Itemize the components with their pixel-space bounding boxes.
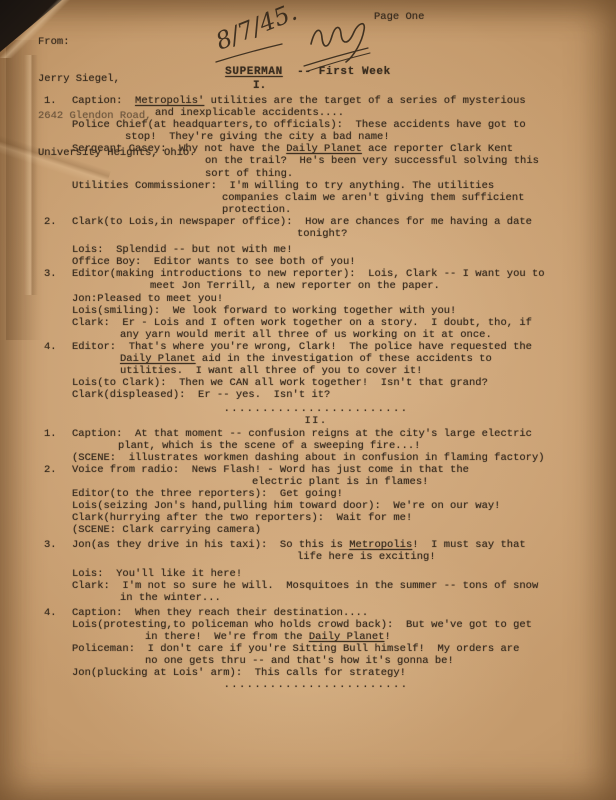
script-line: Daily Planet aid in the investigation of… [38,353,594,365]
script-line-text: Lois(to Clark): Then we CAN all work tog… [72,377,488,389]
script-line: no one gets thru -- and that's how it's … [38,655,594,667]
script-line-text: tonight? [297,228,347,240]
script-line: 1.Caption: Metropolis' utilities are the… [38,95,594,107]
script-line-text: Policeman: I don't care if you're Sittin… [72,643,519,655]
item-number: 2. [44,464,57,476]
script-line-text: (SCENE: Clark carrying camera) [72,524,261,536]
script-line: sort of thing. [38,168,594,180]
script-line-text: Lois(seizing Jon's hand,pulling him towa… [72,500,500,512]
script-line: Editor(to the three reporters): Get goin… [38,488,594,500]
script-line: Policeman: I don't care if you're Sittin… [38,643,594,655]
script-line-text: life here is exciting! [297,551,436,563]
script-line-text: Daily Planet aid in the investigation of… [120,353,492,365]
script-line-text: Editor(to the three reporters): Get goin… [72,488,343,500]
script-line-text: Lois(smiling): We look forward to workin… [72,305,456,317]
script-line-text: stop! They're giving the city a bad name… [125,131,390,143]
script-line-text: Voice from radio: News Flash! - Word has… [72,464,469,476]
script-line: Clark: Er - Lois and I often work togeth… [38,317,594,329]
script-line: II. [38,415,594,427]
script-line: protection. [38,204,594,216]
script-line: (SCENE: illustrates workmen dashing abou… [38,452,594,464]
script-line-text: utilities. I want all three of you to co… [120,365,422,377]
script-line: and inexplicable accidents.... [38,107,594,119]
script-line-text: Office Boy: Editor wants to see both of … [72,256,356,268]
script-line-text: companies claim we aren't giving them su… [222,192,524,204]
script-line: (SCENE: Clark carrying camera) [38,524,594,536]
script-line: ........................ [38,403,594,415]
script-line-text: Editor(making introductions to new repor… [72,268,545,280]
script-line: Lois(to Clark): Then we CAN all work tog… [38,377,594,389]
script-line: Office Boy: Editor wants to see both of … [38,256,594,268]
script-line-text: Utilities Commissioner: I'm willing to t… [72,180,494,192]
script-line: on the trail? He's been very successful … [38,155,594,167]
script-body: 1.Caption: Metropolis' utilities are the… [38,95,594,692]
paper-crease [24,55,38,295]
script-line: in the winter... [38,592,594,604]
script-line-text: II. [304,415,327,427]
script-line: Lois: Splendid -- but not with me! [38,244,594,256]
script-line-text: Editor: That's where you're wrong, Clark… [72,341,532,353]
script-line-text: plant, which is the scene of a sweeping … [118,440,420,452]
script-line: life here is exciting! [38,551,594,563]
script-line: plant, which is the scene of a sweeping … [38,440,594,452]
script-line-text: on the trail? He's been very successful … [205,155,539,167]
item-number: 4. [44,607,57,619]
script-line: Lois(protesting,to policeman who holds c… [38,619,594,631]
script-line: 4.Editor: That's where you're wrong, Cla… [38,341,594,353]
script-line-text: ........................ [224,679,409,691]
script-line: Lois: You'll like it here! [38,568,594,580]
script-line-text: Lois: You'll like it here! [72,568,242,580]
script-line-text: Clark(displeased): Er -- yes. Isn't it? [72,389,330,401]
script-line-text: Caption: Metropolis' utilities are the t… [72,95,526,107]
script-line: 3.Editor(making introductions to new rep… [38,268,594,280]
script-line: Lois(seizing Jon's hand,pulling him towa… [38,500,594,512]
script-line: utilities. I want all three of you to co… [38,365,594,377]
script-line: Clark: I'm not so sure he will. Mosquito… [38,580,594,592]
script-line: 2.Voice from radio: News Flash! - Word h… [38,464,594,476]
script-line-text: Clark: Er - Lois and I often work togeth… [72,317,532,329]
script-line: companies claim we aren't giving them su… [38,192,594,204]
item-number: 2. [44,216,57,228]
script-line-text: Clark(to Lois,in newspaper office): How … [72,216,532,228]
script-line-text: meet Jon Terrill, a new reporter on the … [150,280,440,292]
script-line-text: Jon(plucking at Lois' arm): This calls f… [72,667,406,679]
script-line-text: protection. [222,204,291,216]
script-line: ........................ [38,679,594,691]
sender-label: From: [38,36,196,48]
script-line-text: sort of thing. [205,168,293,180]
script-line-text: ........................ [224,403,409,415]
script-line-text: Caption: When they reach their destinati… [72,607,368,619]
script-line: Jon(plucking at Lois' arm): This calls f… [38,667,594,679]
script-line: 3.Jon(as they drive in his taxi): So thi… [38,539,594,551]
script-line-text: in the winter... [120,592,221,604]
script-line: Utilities Commissioner: I'm willing to t… [38,180,594,192]
script-line: Lois(smiling): We look forward to workin… [38,305,594,317]
script-line-text: in there! We're from the Daily Planet! [145,631,391,643]
title-underlined: SUPERMAN [225,66,283,78]
script-line: electric plant is in flames! [38,476,594,488]
title-rest: -- First Week [283,66,391,78]
script-line-text: (SCENE: illustrates workmen dashing abou… [72,452,545,464]
script-line: tonight? [38,228,594,240]
script-line: 1.Caption: At that moment -- confusion r… [38,428,594,440]
handwritten-date-text: 8/7/45. [212,4,301,56]
item-number: 3. [44,268,57,280]
script-line-text: Lois(protesting,to policeman who holds c… [72,619,532,631]
script-line: stop! They're giving the city a bad name… [38,131,594,143]
script-line: 2.Clark(to Lois,in newspaper office): Ho… [38,216,594,228]
item-number: 4. [44,341,57,353]
script-line: any yarn would merit all three of us wor… [38,329,594,341]
script-line-text: Lois: Splendid -- but not with me! [72,244,293,256]
script-line-text: no one gets thru -- and that's how it's … [145,655,454,667]
script-line-text: Clark: I'm not so sure he will. Mosquito… [72,580,538,592]
script-line: 4.Caption: When they reach their destina… [38,607,594,619]
script-line: Clark(hurrying after the two reporters):… [38,512,594,524]
script-line: Sergeant Casey: Why not have the Daily P… [38,143,594,155]
script-line-text: electric plant is in flames! [252,476,428,488]
document-title: SUPERMAN -- First Week [0,66,616,78]
item-number: 1. [44,428,57,440]
script-line-text: Caption: At that moment -- confusion rei… [72,428,532,440]
section-heading-1: I. [253,80,266,92]
script-line-text: and inexplicable accidents.... [155,107,344,119]
script-line-text: Sergeant Casey: Why not have the Daily P… [72,143,513,155]
item-number: 1. [44,95,57,107]
script-line-text: Jon(as they drive in his taxi): So this … [72,539,526,551]
script-line-text: Police Chief(at headquarters,to official… [72,119,526,131]
script-line-text: Clark(hurrying after the two reporters):… [72,512,412,524]
script-line: meet Jon Terrill, a new reporter on the … [38,280,594,292]
script-line-text: any yarn would merit all three of us wor… [120,329,492,341]
item-number: 3. [44,539,57,551]
script-line: in there! We're from the Daily Planet! [38,631,594,643]
script-line: Police Chief(at headquarters,to official… [38,119,594,131]
script-line-text: Jon:Pleased to meet you! [72,293,223,305]
script-line: Jon:Pleased to meet you! [38,293,594,305]
script-line: Clark(displeased): Er -- yes. Isn't it? [38,389,594,401]
